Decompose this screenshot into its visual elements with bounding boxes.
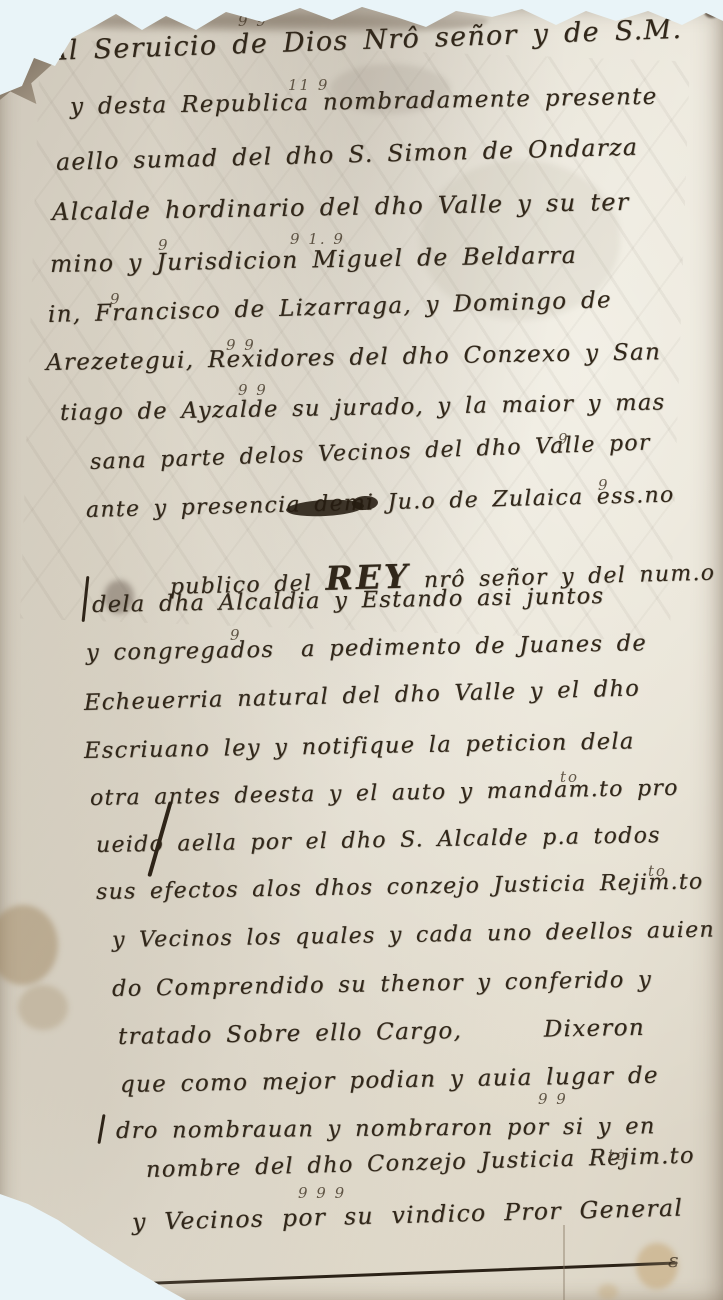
flourish-mark: to bbox=[560, 768, 579, 786]
flourish-mark: 9 9 bbox=[238, 12, 268, 30]
flourish-mark: 9 9 bbox=[238, 381, 268, 399]
manuscript-line-18: sus efectos alos dhos conzejo Justicia R… bbox=[96, 869, 704, 905]
flourish-mark: 9 9 9 bbox=[298, 1184, 346, 1202]
flourish-mark: 11 9 bbox=[288, 76, 329, 94]
flourish-mark: to bbox=[608, 1146, 627, 1164]
manuscript-line-25: y Vecinos por su vindico Pror General bbox=[132, 1194, 684, 1236]
manuscript-line-15: Escriuano ley y notifique la peticion de… bbox=[84, 728, 635, 764]
stain bbox=[598, 1284, 618, 1300]
flourish-mark: 9 bbox=[110, 290, 122, 308]
flourish-mark: 9 9 bbox=[538, 1090, 568, 1108]
paper-crease bbox=[563, 1225, 565, 1300]
manuscript-line-22: que como mejor podian y auia lugar de bbox=[120, 1063, 659, 1098]
flourish-mark: 9 1. 9 bbox=[290, 230, 345, 248]
stain bbox=[18, 985, 68, 1030]
torn-edge-fragment bbox=[398, 2, 412, 14]
scan-background: Al Seruicio de Dios Nrô señor y de S.M. … bbox=[0, 0, 723, 1300]
manuscript-line-20: do Comprendido su thenor y conferido y bbox=[112, 967, 653, 1002]
flourish-mark: 9 bbox=[158, 236, 170, 254]
manuscript-line-21: tratado Sobre ello Cargo, Dixeron bbox=[118, 1015, 645, 1050]
manuscript-line-16: otra antes deesta y el auto y mandam.to … bbox=[90, 776, 679, 811]
manuscript-line-19: y Vecinos los quales y cada uno deellos … bbox=[112, 917, 715, 953]
flourish-mark: 9 9 bbox=[226, 336, 256, 354]
manuscript-line-14: Echeuerria natural del dho Valle y el dh… bbox=[84, 675, 641, 716]
flourish-mark: 9 bbox=[230, 626, 242, 644]
manuscript-line-17: ueido aella por el dho S. Alcalde p.a to… bbox=[96, 823, 661, 858]
flourish-mark: 9 bbox=[558, 430, 570, 448]
margin-pen-stroke bbox=[97, 1114, 105, 1144]
flourish-mark: to bbox=[648, 862, 667, 880]
torn-edge-fragment bbox=[704, 4, 720, 18]
flourish-mark: ε bbox=[668, 1248, 681, 1272]
manuscript-line-13: y congregados a pedimento de Juanes de bbox=[86, 630, 647, 666]
manuscript-page: Al Seruicio de Dios Nrô señor y de S.M. … bbox=[0, 0, 723, 1300]
flourish-mark: , . bbox=[348, 1288, 368, 1300]
manuscript-line-23: dro nombrauan y nombraron por si y en bbox=[116, 1113, 656, 1144]
stain bbox=[0, 905, 58, 985]
closing-rule-line bbox=[118, 1262, 678, 1286]
flourish-mark: 9 bbox=[598, 476, 610, 494]
